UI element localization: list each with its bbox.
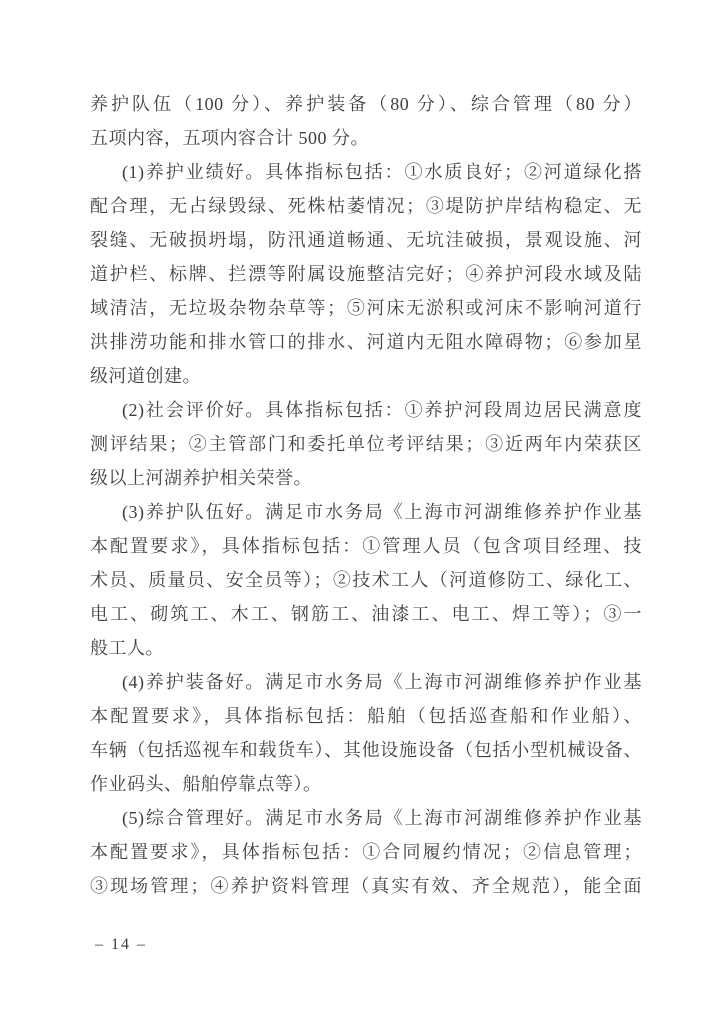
text-line: 车辆（包括巡视车和载货车）、其他设施设备（包括小型机械设备、 xyxy=(90,733,642,767)
text-line: 术员、质量员、安全员等）；②技术工人（河道修防工、绿化工、 xyxy=(90,563,642,597)
text-line: 五项内容，五项内容合计 500 分。 xyxy=(90,121,642,155)
text-line: 电工、砌筑工、木工、钢筋工、油漆工、电工、焊工等）；③一 xyxy=(90,597,642,631)
text-line: (5)综合管理好。满足市水务局《上海市河湖维修养护作业基 xyxy=(90,801,642,835)
paragraph-item-5: (5)综合管理好。满足市水务局《上海市河湖维修养护作业基 本配置要求》，具体指标… xyxy=(90,801,642,903)
paragraph-intro: 养护队伍（100 分）、养护装备（80 分）、综合管理（80 分） 五项内容，五… xyxy=(90,87,642,155)
text-line: 本配置要求》，具体指标包括：船舶（包括巡查船和作业船）、 xyxy=(90,699,642,733)
text-line: 裂缝、无破损坍塌，防汛通道畅通、无坑洼破损，景观设施、河 xyxy=(90,223,642,257)
text-line: ③现场管理；④养护资料管理（真实有效、齐全规范），能全面 xyxy=(90,869,642,903)
text-line: 作业码头、船舶停靠点等）。 xyxy=(90,767,642,801)
text-line: (3)养护队伍好。满足市水务局《上海市河湖维修养护作业基 xyxy=(90,495,642,529)
text-line: 洪排涝功能和排水管口的排水、河道内无阻水障碍物；⑥参加星 xyxy=(90,325,642,359)
text-line: 配合理，无占绿毁绿、死株枯萎情况；③堤防护岸结构稳定、无 xyxy=(90,189,642,223)
text-line: (4)养护装备好。满足市水务局《上海市河湖维修养护作业基 xyxy=(90,665,642,699)
document-body: 养护队伍（100 分）、养护装备（80 分）、综合管理（80 分） 五项内容，五… xyxy=(90,87,642,903)
text-line: 本配置要求》，具体指标包括：①合同履约情况；②信息管理； xyxy=(90,835,642,869)
text-line: (2)社会评价好。具体指标包括：①养护河段周边居民满意度 xyxy=(90,393,642,427)
text-line: 级河道创建。 xyxy=(90,359,642,393)
text-line: 般工人。 xyxy=(90,631,642,665)
document-page: 养护队伍（100 分）、养护装备（80 分）、综合管理（80 分） 五项内容，五… xyxy=(0,0,724,1024)
text-line: 域清洁，无垃圾杂物杂草等；⑤河床无淤积或河床不影响河道行 xyxy=(90,291,642,325)
paragraph-item-4: (4)养护装备好。满足市水务局《上海市河湖维修养护作业基 本配置要求》，具体指标… xyxy=(90,665,642,801)
text-line: 养护队伍（100 分）、养护装备（80 分）、综合管理（80 分） xyxy=(90,87,642,121)
text-line: 本配置要求》，具体指标包括：①管理人员（包含项目经理、技 xyxy=(90,529,642,563)
paragraph-item-2: (2)社会评价好。具体指标包括：①养护河段周边居民满意度 测评结果；②主管部门和… xyxy=(90,393,642,495)
paragraph-item-1: (1)养护业绩好。具体指标包括：①水质良好；②河道绿化搭 配合理，无占绿毁绿、死… xyxy=(90,155,642,393)
text-line: (1)养护业绩好。具体指标包括：①水质良好；②河道绿化搭 xyxy=(90,155,642,189)
text-line: 级以上河湖养护相关荣誉。 xyxy=(90,461,642,495)
page-number: – 14 – xyxy=(95,936,147,954)
text-line: 测评结果；②主管部门和委托单位考评结果；③近两年内荣获区 xyxy=(90,427,642,461)
text-line: 道护栏、标牌、拦漂等附属设施整洁完好；④养护河段水域及陆 xyxy=(90,257,642,291)
paragraph-item-3: (3)养护队伍好。满足市水务局《上海市河湖维修养护作业基 本配置要求》，具体指标… xyxy=(90,495,642,665)
